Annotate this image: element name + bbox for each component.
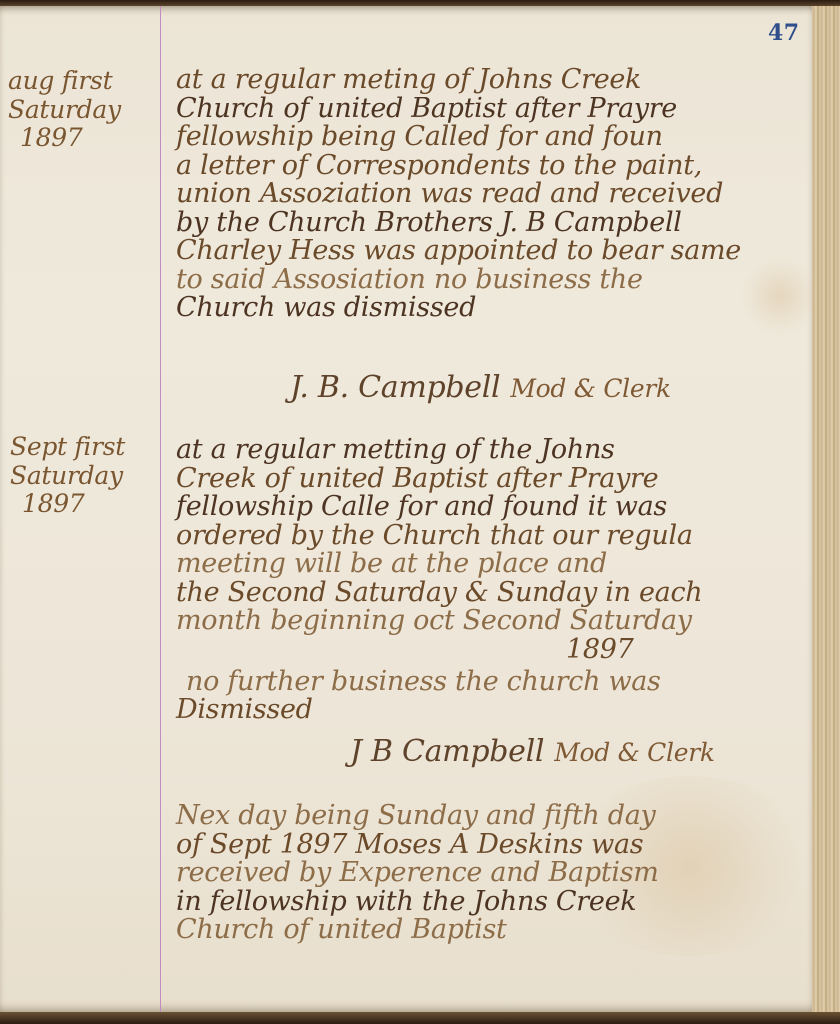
date-line: Saturday <box>10 461 125 490</box>
signature: J B CampbellMod & Clerk <box>350 738 715 767</box>
text-line: the Second Saturday & Sunday in each <box>176 579 702 608</box>
text-line: in fellowship with the Johns Creek <box>176 888 659 917</box>
page-number: 47 <box>768 20 800 46</box>
text-line: no further business the church was <box>176 668 702 697</box>
text-line: fellowship being Called for and foun <box>176 123 741 152</box>
date-line: aug first <box>8 66 121 95</box>
entry-body: Nex day being Sunday and fifth day of Se… <box>176 802 659 945</box>
date-line: 1897 <box>8 123 121 152</box>
signature-name: J. B. Campbell <box>290 370 500 405</box>
text-line: Charley Hess was appointed to bear same <box>176 237 741 266</box>
text-line: at a regular metting of the Johns <box>176 436 702 465</box>
text-line: a letter of Correspondents to the paint, <box>176 152 741 181</box>
entry-date-margin: Sept first Saturday 1897 <box>10 432 125 518</box>
paper-stain <box>740 256 820 336</box>
date-line: 1897 <box>10 489 125 518</box>
text-line: to said Assosiation no business the <box>176 266 741 295</box>
text-line: of Sept 1897 Moses A Deskins was <box>176 831 659 860</box>
text-line: Dismissed <box>176 696 702 725</box>
text-line: Church was dismissed <box>176 294 741 323</box>
text-line: at a regular meting of Johns Creek <box>176 66 741 95</box>
text-line: Creek of united Baptist after Prayre <box>176 465 702 494</box>
text-line: fellowship Calle for and found it was <box>176 493 702 522</box>
date-line: Saturday <box>8 95 121 124</box>
signature-name: J B Campbell <box>350 734 544 769</box>
date-line: Sept first <box>10 432 125 461</box>
text-line: Church of united Baptist after Prayre <box>176 95 741 124</box>
text-line: Church of united Baptist <box>176 916 659 945</box>
text-line: Nex day being Sunday and fifth day <box>176 802 659 831</box>
text-line: 1897 <box>176 636 702 662</box>
text-line: by the Church Brothers J. B Campbell <box>176 209 741 238</box>
entry-body: at a regular meting of Johns Creek Churc… <box>176 66 741 323</box>
text-line: union Assoziation was read and received <box>176 180 741 209</box>
entry-date-margin: aug first Saturday 1897 <box>8 66 121 152</box>
margin-rule <box>160 6 161 1012</box>
text-line: received by Experence and Baptism <box>176 859 659 888</box>
signature-role: Mod & Clerk <box>510 374 671 403</box>
book-binding-edge <box>812 6 840 1014</box>
signature-role: Mod & Clerk <box>554 738 715 767</box>
text-line: month beginning oct Second Saturday <box>176 607 702 636</box>
text-line: meeting will be at the place and <box>176 550 702 579</box>
text-line: ordered by the Church that our regula <box>176 522 702 551</box>
page-bottom-edge <box>0 1012 840 1024</box>
entry-body: at a regular metting of the Johns Creek … <box>176 436 702 725</box>
signature: J. B. CampbellMod & Clerk <box>290 374 671 403</box>
